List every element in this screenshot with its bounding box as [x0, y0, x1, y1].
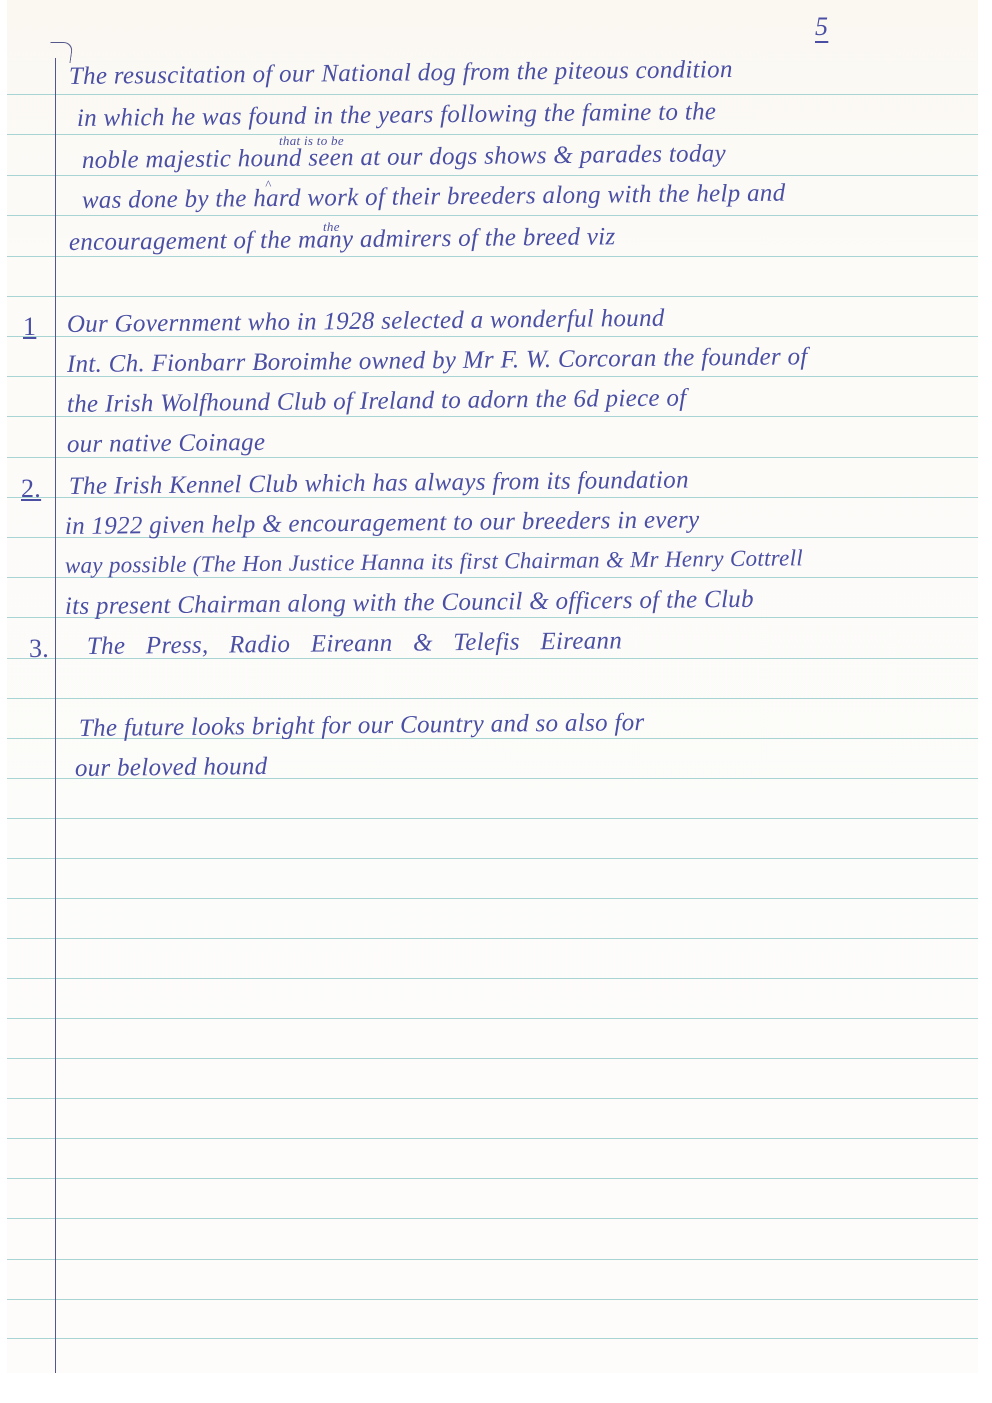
intro-line-1: The resuscitation of our National dog fr…	[69, 57, 733, 89]
intro-line-2: in which he was found in the years follo…	[77, 99, 717, 131]
item-1-line-4: our native Coinage	[67, 430, 266, 457]
margin-bracket	[48, 42, 74, 63]
item-1-line-1: Our Government who in 1928 selected a wo…	[67, 306, 665, 337]
rule-line	[7, 1018, 978, 1019]
rule-line	[7, 1299, 978, 1300]
intro-line-4: was done by the hard work of their breed…	[82, 181, 786, 213]
margin-line	[55, 58, 56, 1373]
rule-line	[7, 457, 978, 458]
rule-line	[7, 1138, 978, 1139]
rule-line	[7, 898, 978, 899]
item-3-line-1: The Press, Radio Eireann & Telefis Eirea…	[87, 628, 622, 659]
item-2-line-3: way possible (The Hon Justice Hanna its …	[65, 546, 803, 577]
rule-line	[7, 1259, 978, 1260]
item-2-line-1: The Irish Kennel Club which has always f…	[69, 468, 689, 499]
rule-line	[7, 858, 978, 859]
rule-line	[7, 1338, 978, 1339]
item-2-line-4: its present Chairman along with the Coun…	[65, 587, 754, 619]
item-marker-1: 1	[23, 314, 36, 340]
rule-line	[7, 134, 978, 135]
rule-line	[7, 938, 978, 939]
rule-line	[7, 296, 978, 297]
rule-line	[7, 818, 978, 819]
page-number: 5	[815, 14, 828, 40]
rule-line	[7, 256, 978, 257]
rule-line	[7, 978, 978, 979]
item-1-line-3: the Irish Wolfhound Club of Ireland to a…	[67, 386, 687, 417]
rule-line	[7, 1218, 978, 1219]
intro-line-5: encouragement of the many admirers of th…	[69, 224, 616, 255]
closing-line-1: The future looks bright for our Country …	[79, 710, 645, 741]
item-1-line-2: Int. Ch. Fionbarr Boroimhe owned by Mr F…	[67, 344, 808, 377]
item-2-line-2: in 1922 given help & encouragement to ou…	[65, 507, 700, 539]
intro-line-3: noble majestic hound seen at our dogs sh…	[82, 141, 726, 173]
rule-line	[7, 1058, 978, 1059]
notebook-page: 5 The resuscitation of our National dog …	[7, 0, 978, 1373]
rule-line	[7, 1178, 978, 1179]
rule-line	[7, 698, 978, 699]
item-marker-2: 2.	[21, 476, 41, 502]
rule-line	[7, 175, 978, 176]
item-marker-3: 3.	[29, 636, 49, 662]
rule-line	[7, 94, 978, 95]
rule-line	[7, 215, 978, 216]
closing-line-2: our beloved hound	[75, 754, 268, 781]
rule-line	[7, 577, 978, 578]
rule-line	[7, 1098, 978, 1099]
